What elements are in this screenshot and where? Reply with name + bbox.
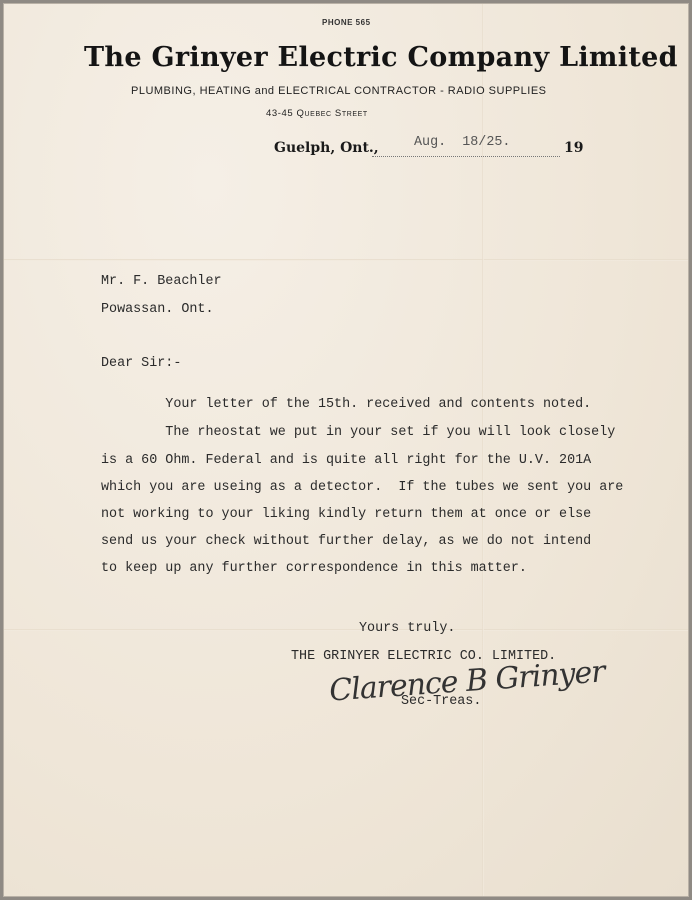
letterhead-address: 43-45 Quebec Street: [266, 108, 368, 119]
salutation: Dear Sir:-: [101, 356, 181, 371]
dateline-date: Aug. 18/25.: [414, 135, 510, 150]
letterhead-services: PLUMBING, HEATING and ELECTRICAL CONTRAC…: [131, 85, 547, 97]
letterhead-company-name: The Grinyer Electric Company Limited: [84, 42, 678, 73]
letter-body: Your letter of the 15th. received and co…: [101, 397, 623, 588]
body-line: The rheostat we put in your set if you w…: [101, 425, 623, 453]
closing-title: Sec-Treas.: [401, 694, 481, 709]
closing-complimentary: Yours truly.: [359, 621, 455, 636]
body-line: send us your check without further delay…: [101, 534, 623, 561]
body-line: is a 60 Ohm. Federal and is quite all ri…: [101, 453, 623, 480]
body-line: not working to your liking kindly return…: [101, 507, 623, 534]
body-line: which you are useing as a detector. If t…: [101, 480, 623, 507]
date-rule: [372, 150, 560, 157]
body-line: to keep up any further correspondence in…: [101, 561, 623, 588]
letter-page: Phone 565 The Grinyer Electric Company L…: [3, 3, 689, 897]
dateline-place: Guelph, Ont.,: [274, 140, 379, 156]
paper-fold: [4, 259, 688, 261]
paper-fold: [4, 629, 688, 631]
recipient-location: Powassan. Ont.: [101, 302, 214, 317]
letterhead-phone: Phone 565: [322, 18, 371, 27]
recipient-name: Mr. F. Beachler: [101, 274, 222, 289]
body-line: Your letter of the 15th. received and co…: [101, 397, 623, 425]
dateline-year-prefix: 19: [564, 140, 583, 156]
